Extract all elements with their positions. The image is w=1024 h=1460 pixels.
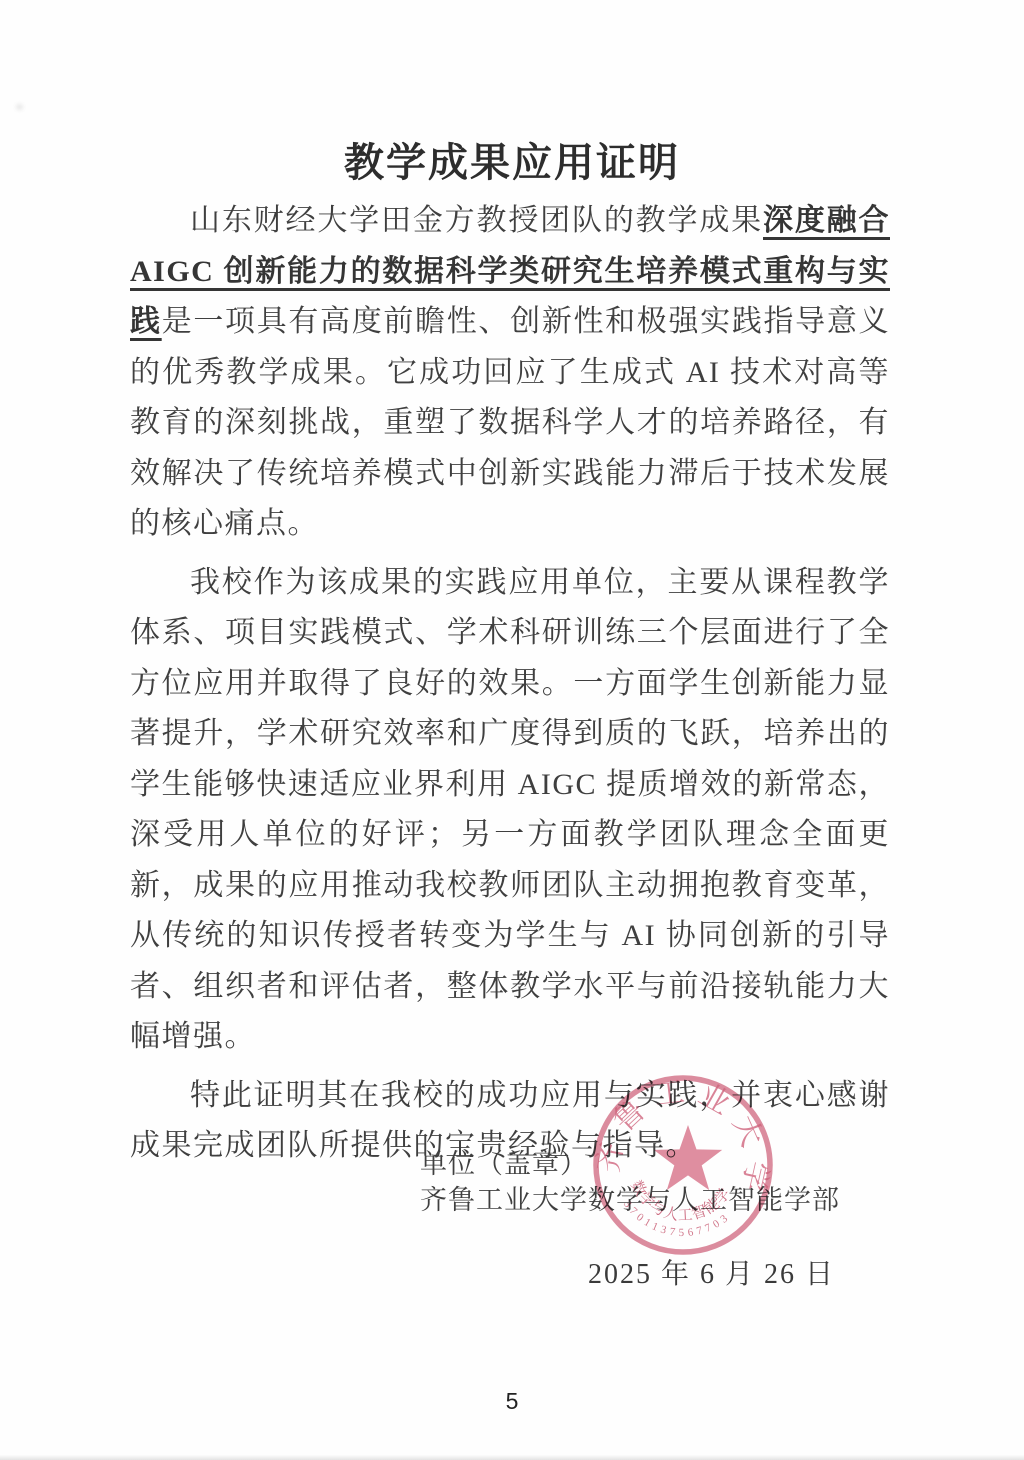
scan-page-edge	[0, 1455, 1024, 1460]
paragraph-1-rest: 是一项具有高度前瞻性、创新性和极强实践指导意义的优秀教学成果。它成功回应了生成式…	[130, 305, 890, 540]
paragraph-1-lead: 山东财经大学田金方教授团队的教学成果	[190, 204, 763, 237]
page-number: 5	[0, 1388, 1024, 1415]
paragraph-2: 我校作为该成果的实践应用单位，主要从课程教学体系、项目实践模式、学术科研训练三个…	[130, 558, 890, 1063]
scan-smudge	[16, 104, 23, 110]
official-seal-stamp: 齐鲁工业大学 数学与人工智能学部 3701137567703	[583, 1065, 783, 1265]
seal-top-text: 齐鲁工业大学	[592, 1074, 774, 1204]
paragraph-1: 山东财经大学田金方教授团队的教学成果深度融合AIGC 创新能力的数据科学类研究生…	[130, 196, 890, 550]
certificate-page: 教学成果应用证明 山东财经大学田金方教授团队的教学成果深度融合AIGC 创新能力…	[0, 0, 1024, 1460]
page-title: 教学成果应用证明	[0, 131, 1024, 188]
document-body: 山东财经大学田金方教授团队的教学成果深度融合AIGC 创新能力的数据科学类研究生…	[130, 196, 890, 1180]
seal-star-icon	[654, 1125, 722, 1190]
